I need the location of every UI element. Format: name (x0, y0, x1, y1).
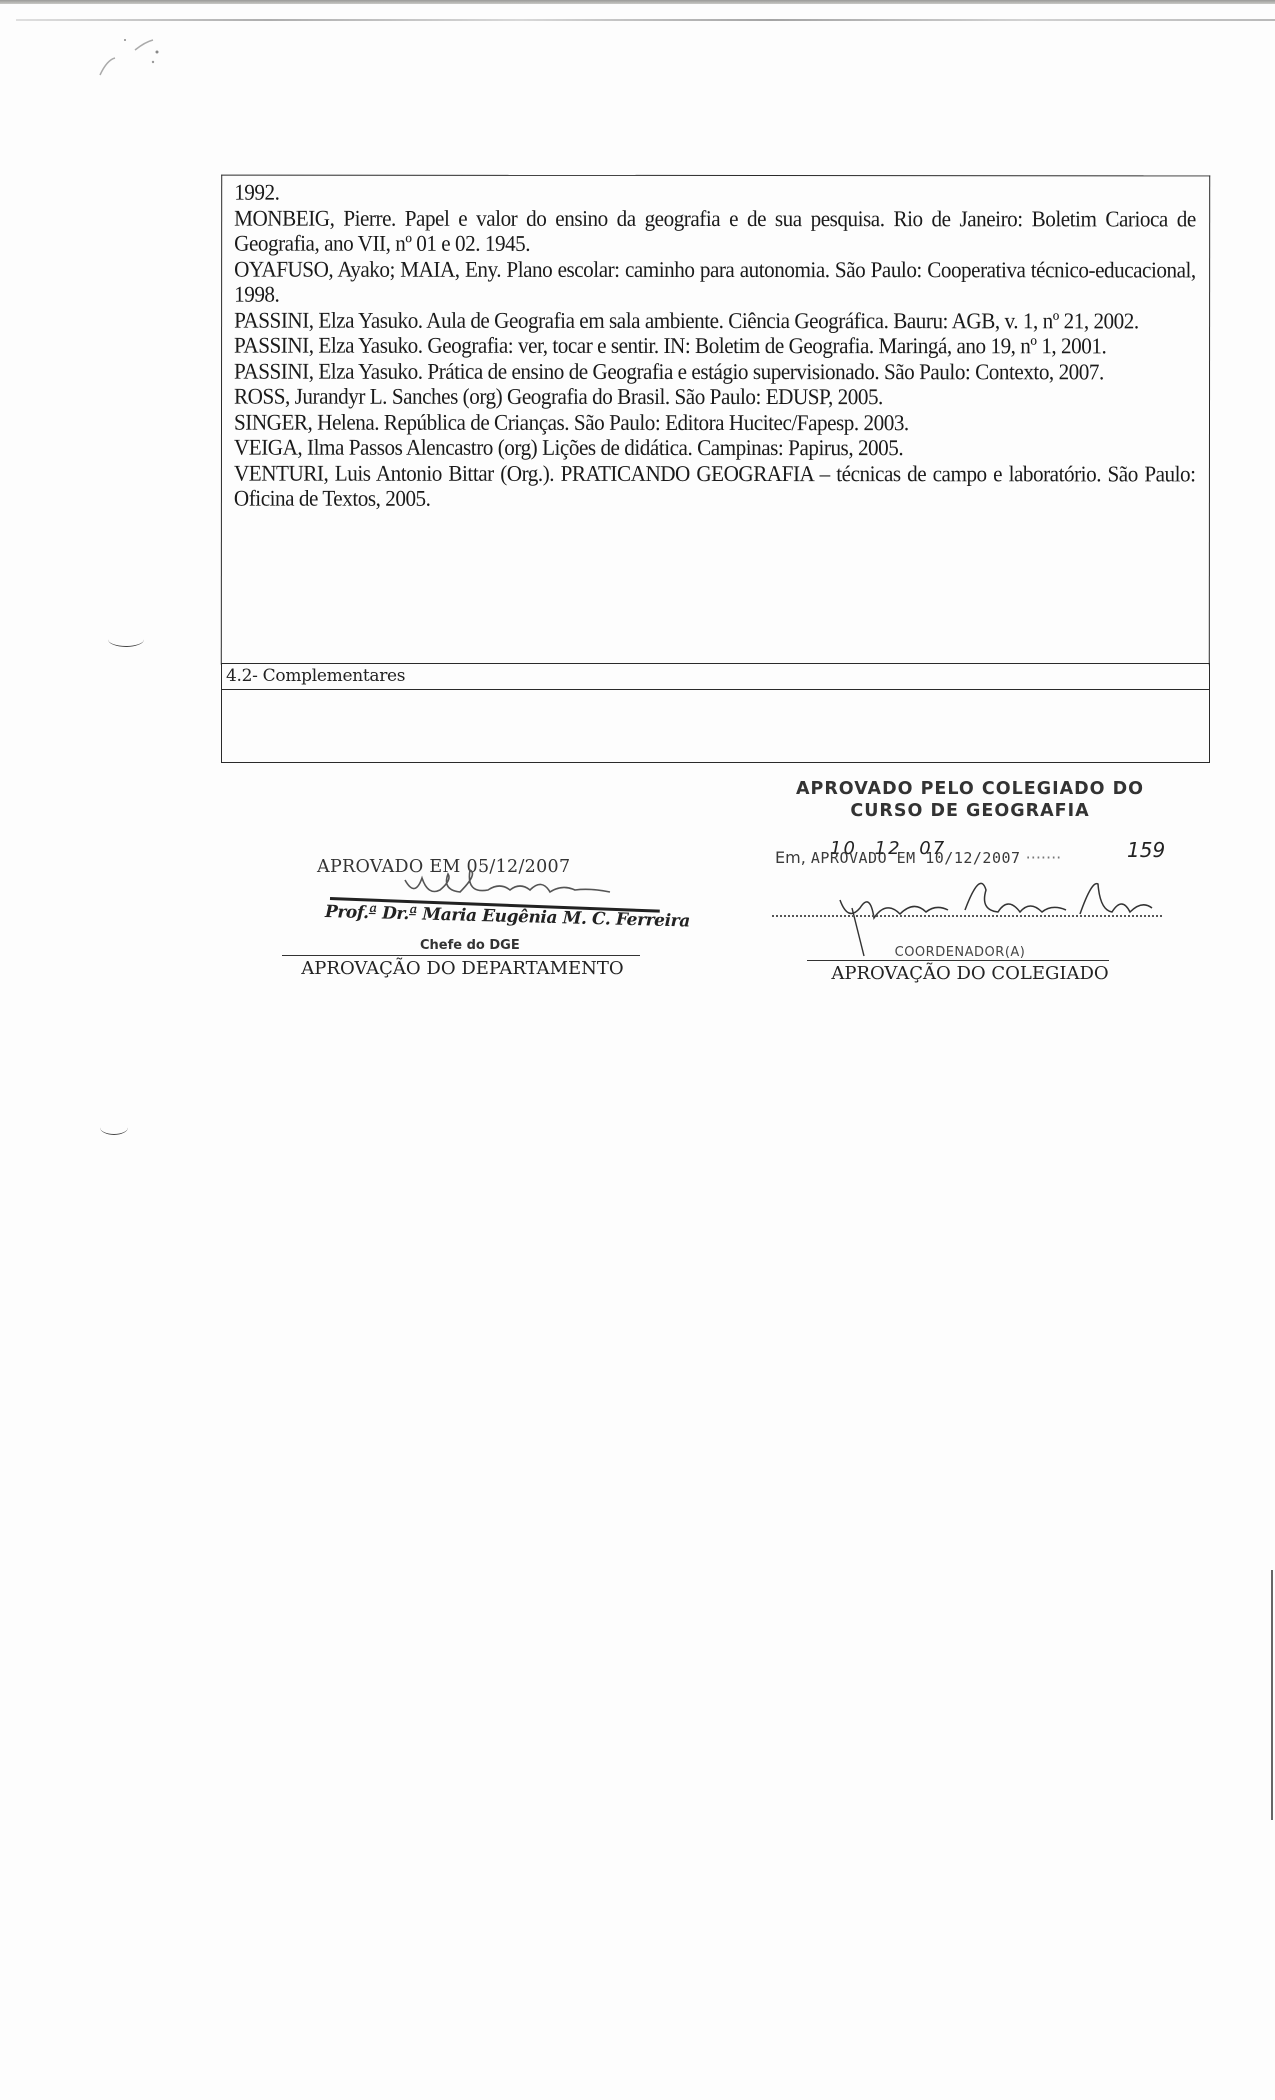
reference-entry: SINGER, Helena. República de Crianças. S… (234, 409, 1196, 435)
colegiado-meeting-line: Em, APROVADO EM 10/12/2007 ······· (775, 848, 1061, 867)
complementary-heading: 4.2- Complementares (222, 664, 1209, 690)
reference-entry: PASSINI, Elza Yasuko. Geografia: ver, to… (234, 333, 1196, 359)
reference-entry: VEIGA, Ilma Passos Alencastro (org) Liçõ… (234, 435, 1196, 461)
coordinator-signature-line (772, 915, 1162, 917)
reference-entry: ROSS, Jurandyr L. Sanches (org) Geografi… (234, 384, 1196, 410)
department-signatory-role: Chefe do DGE (420, 938, 520, 953)
colegiado-signature-underline (807, 960, 1109, 961)
reference-entry: 1992. (234, 180, 1196, 206)
stamp-line-1: APROVADO PELO COLEGIADO DO (770, 778, 1170, 800)
bibliography-basic-section: 1992. MONBEIG, Pierre. Papel e valor do … (221, 175, 1210, 666)
reference-entry: OYAFUSO, Ayako; MAIA, Eny. Plano escolar… (234, 256, 1196, 308)
page-edge (16, 19, 1275, 21)
department-approval-caption: APROVAÇÃO DO DEPARTAMENTO (280, 958, 645, 979)
scan-top-border (0, 0, 1275, 4)
reference-entry: MONBEIG, Pierre. Papel e valor do ensino… (234, 205, 1196, 257)
scan-margin-line (1271, 1570, 1273, 1820)
reference-entry: PASSINI, Elza Yasuko. Aula de Geografia … (234, 307, 1196, 333)
reference-entry: PASSINI, Elza Yasuko. Prática de ensino … (234, 358, 1196, 384)
stamp-line-2: CURSO DE GEOGRAFIA (770, 800, 1170, 822)
coordinator-role: COORDENADOR(A) (805, 945, 1115, 960)
complementary-body (222, 690, 1209, 762)
reference-list: 1992. MONBEIG, Pierre. Papel e valor do … (234, 180, 1196, 512)
reference-entry: VENTURI, Luis Antonio Bittar (Org.). PRA… (234, 460, 1196, 512)
handwritten-meeting-number: 159 (1127, 838, 1165, 862)
em-label: Em, (775, 848, 806, 867)
colegiado-approval-caption: APROVAÇÃO DO COLEGIADO (770, 963, 1170, 984)
colegiado-approval-stamp: APROVADO PELO COLEGIADO DO CURSO DE GEOG… (770, 778, 1170, 822)
bibliography-complementary-section: 4.2- Complementares (221, 663, 1210, 763)
department-signatory-name: Prof.ª Dr.ª Maria Eugênia M. C. Ferreira (325, 902, 690, 932)
margin-pen-mark (108, 632, 144, 647)
scan-smudge-mark (95, 30, 195, 90)
colegiado-approval-date-stamp: APROVADO EM 10/12/2007 (811, 849, 1021, 867)
department-signature-line (282, 955, 640, 956)
margin-pen-mark (100, 1120, 128, 1135)
